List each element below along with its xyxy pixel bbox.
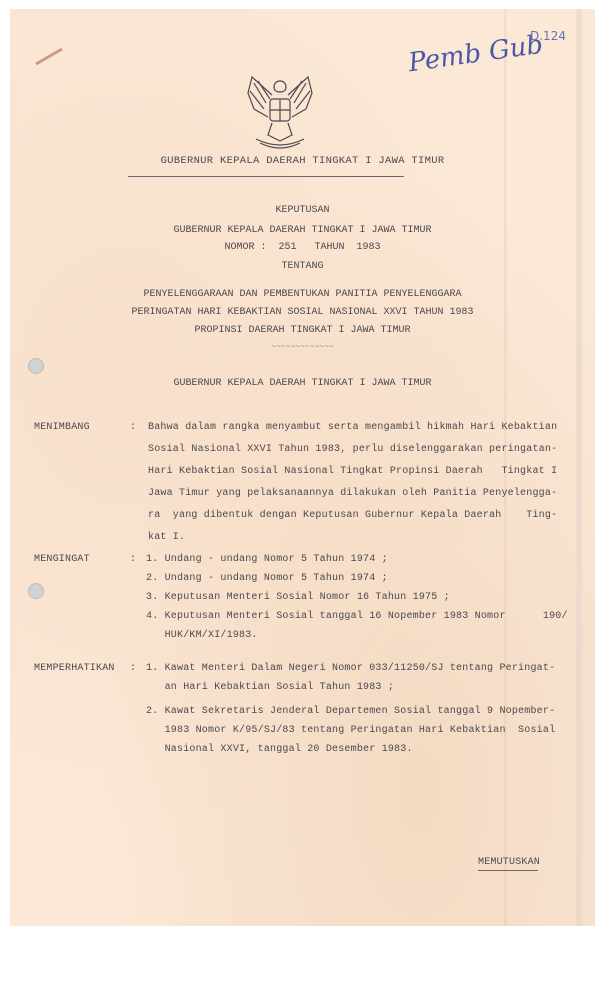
list-item: 4. Keputusan Menteri Sosial tanggal 16 N… bbox=[146, 611, 568, 622]
garuda-emblem-icon bbox=[242, 73, 318, 157]
authority-line: GUBERNUR KEPALA DAERAH TINGKAT I JAWA TI… bbox=[10, 378, 595, 389]
continuation-word: MEMUTUSKAN bbox=[478, 857, 540, 868]
punch-hole bbox=[28, 358, 44, 374]
document-page: Pemb Gub D.124 GUBERNUR KEPALA DAERAH TI… bbox=[10, 9, 595, 926]
punch-hole bbox=[28, 583, 44, 599]
separator: ~~~~~~~~~~~~~ bbox=[10, 343, 595, 352]
list-item: 1983 Nomor K/95/SJ/83 tentang Peringatan… bbox=[146, 725, 555, 736]
section-label-mengingat: MENGINGAT bbox=[34, 554, 90, 565]
subject-line: PERINGATAN HARI KEBAKTIAN SOSIAL NASIONA… bbox=[10, 307, 595, 318]
body-line: kat I. bbox=[148, 532, 185, 543]
subject-line: PENYELENGGARAAN DAN PEMBENTUKAN PANITIA … bbox=[10, 289, 595, 300]
body-line: Bahwa dalam rangka menyambut serta menga… bbox=[148, 422, 557, 433]
list-item: 1. Undang - undang Nomor 5 Tahun 1974 ; bbox=[146, 554, 388, 565]
issuer: GUBERNUR KEPALA DAERAH TINGKAT I JAWA TI… bbox=[10, 225, 595, 236]
body-line: Hari Kebaktian Sosial Nasional Tingkat P… bbox=[148, 466, 557, 477]
section-colon: : bbox=[130, 663, 136, 674]
section-label-menimbang: MENIMBANG bbox=[34, 422, 90, 433]
letterhead-title: GUBERNUR KEPALA DAERAH TINGKAT I JAWA TI… bbox=[10, 155, 595, 167]
section-colon: : bbox=[130, 554, 136, 565]
list-item: HUK/KM/XI/1983. bbox=[146, 630, 258, 641]
page-reference: D.124 bbox=[530, 29, 566, 43]
section-label-memperhatikan: MEMPERHATIKAN bbox=[34, 663, 115, 674]
body-line: Jawa Timur yang pelaksanaannya dilakukan… bbox=[148, 488, 557, 499]
decree-number: NOMOR : 251 TAHUN 1983 bbox=[10, 242, 595, 253]
body-line: Sosial Nasional XXVI Tahun 1983, perlu d… bbox=[148, 444, 557, 455]
list-item: 3. Keputusan Menteri Sosial Nomor 16 Tah… bbox=[146, 592, 450, 603]
letterhead-rule bbox=[128, 176, 404, 177]
list-item: 1. Kawat Menteri Dalam Negeri Nomor 033/… bbox=[146, 663, 555, 674]
subject-line: PROPINSI DAERAH TINGKAT I JAWA TIMUR bbox=[10, 325, 595, 336]
body-line: ra yang dibentuk dengan Keputusan Gubern… bbox=[148, 510, 557, 521]
handwritten-note: Pemb Gub bbox=[407, 30, 545, 79]
list-item: Nasional XXVI, tanggal 20 Desember 1983. bbox=[146, 744, 413, 755]
list-item: 2. Kawat Sekretaris Jenderal Departemen … bbox=[146, 706, 555, 717]
list-item: 2. Undang - undang Nomor 5 Tahun 1974 ; bbox=[146, 573, 388, 584]
doc-type: KEPUTUSAN bbox=[10, 205, 595, 216]
ink-smudge bbox=[35, 48, 62, 66]
list-item: an Hari Kebaktian Sosial Tahun 1983 ; bbox=[146, 682, 394, 693]
continuation-underline bbox=[478, 870, 538, 871]
about-label: TENTANG bbox=[10, 261, 595, 272]
section-colon: : bbox=[130, 422, 136, 433]
